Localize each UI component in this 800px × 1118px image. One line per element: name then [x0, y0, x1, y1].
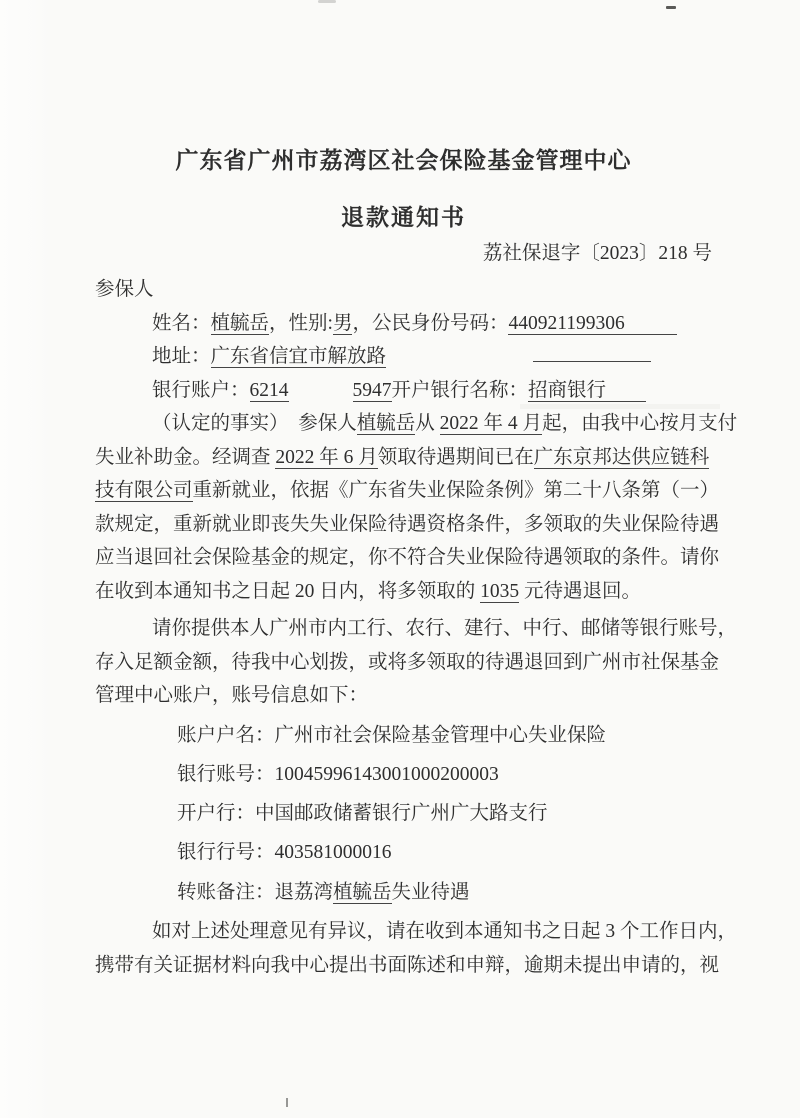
- text-line: 转账备注：退荔湾植毓岳失业待遇: [95, 876, 712, 910]
- text-segment: 领取待遇期间已在: [378, 447, 534, 468]
- text-line: 应当退回社会保险基金的规定，你不符合失业保险待遇领取的条件。请你: [95, 541, 712, 575]
- text-segment: 起，由我中心按月支付: [542, 413, 737, 434]
- underlined-text: 2022 年 4 月: [440, 413, 542, 435]
- text-segment: 失业待遇: [392, 882, 470, 903]
- name-value: 植毓岳: [211, 313, 270, 335]
- underlined-text: 2022 年 6 月: [275, 447, 377, 469]
- text-line: 银行账号：10045996143001000200003: [95, 758, 712, 792]
- text-line: 在收到本通知书之日起 20 日内，将多领取的 1035 元待遇退回。: [95, 575, 712, 609]
- text-line: 如对上述处理意见有异议，请在收到本通知书之日起 3 个工作日内，: [95, 915, 712, 949]
- document-number: 荔社保退字〔2023〕218 号: [95, 241, 712, 267]
- text-segment: 开户行：中国邮政储蓄银行广州广大路支行: [177, 803, 548, 824]
- text-segment: 银行账号：10045996143001000200003: [177, 764, 499, 785]
- text-line: 存入足额金额，待我中心划拨，或将多领取的待遇退回到广州市社保基金: [95, 646, 712, 680]
- text-line: 款规定，重新就业即丧失失业保险待遇资格条件，多领取的失业保险待遇: [95, 508, 712, 542]
- text-segment: 账户户名：广州市社会保险基金管理中心失业保险: [177, 725, 606, 746]
- text-segment: 如对上述处理意见有异议，请在收到本通知书之日起 3 个工作日内，: [152, 921, 737, 942]
- scan-artifact-top-dash: [666, 6, 676, 9]
- underlined-text: 广东京邦达供应链科: [534, 447, 710, 469]
- text-segment: 在收到本通知书之日起 20 日内，将多领取的: [95, 581, 480, 602]
- document-title: 广东省广州市荔湾区社会保险基金管理中心: [95, 146, 712, 176]
- underlined-text: 1035: [480, 581, 519, 603]
- address-redacted-gap: [386, 360, 533, 362]
- text-segment: 款规定，重新就业即丧失失业保险待遇资格条件，多领取的失业保险待遇: [95, 514, 719, 535]
- text-line: 银行行号：403581000016: [95, 836, 712, 870]
- text-line: 请你提供本人广州市内工行、农行、建行、中行、邮储等银行账号，: [95, 612, 712, 646]
- scan-artifact-bottom-dash: [286, 1098, 288, 1107]
- text-segment: 重新就业，依据《广东省失业保险条例》第二十八条第（一）: [193, 480, 720, 501]
- text-line: 账户户名：广州市社会保险基金管理中心失业保险: [95, 719, 712, 753]
- text-segment: 管理中心账户，账号信息如下：: [95, 685, 368, 706]
- gender-value: 男: [333, 313, 353, 335]
- paragraph-objection-notice: 如对上述处理意见有异议，请在收到本通知书之日起 3 个工作日内，携带有关证据材料…: [95, 915, 712, 983]
- bank-account-prefix: 6214: [250, 380, 289, 402]
- text-segment: （认定的事实） 参保人: [152, 413, 357, 434]
- scan-artifact-top-specks: [318, 0, 336, 3]
- text-segment: 失业补助金。经调查: [95, 447, 275, 468]
- paragraph-repayment-instructions: 请你提供本人广州市内工行、农行、建行、中行、邮储等银行账号，存入足额金额，待我中…: [95, 612, 712, 713]
- text-line: 失业补助金。经调查 2022 年 6 月领取待遇期间已在广东京邦达供应链科: [95, 441, 712, 475]
- account-info-block: 账户户名：广州市社会保险基金管理中心失业保险银行账号：1004599614300…: [95, 719, 712, 910]
- bank-name-trailing-blank: [606, 394, 646, 396]
- text-segment: 存入足额金额，待我中心划拨，或将多领取的待遇退回到广州市社保基金: [95, 652, 719, 673]
- text-line: 开户行：中国邮政储蓄银行广州广大路支行: [95, 797, 712, 831]
- text-line: （认定的事实） 参保人植毓岳从 2022 年 4 月起，由我中心按月支付: [95, 407, 712, 441]
- address-field: 地址：广东省信宜市解放路: [95, 340, 712, 374]
- address-trailing-underline: [533, 342, 651, 363]
- text-segment: 元待遇退回。: [519, 581, 641, 602]
- text-segment: 从: [415, 413, 439, 434]
- text-segment: 应当退回社会保险基金的规定，你不符合失业保险待遇领取的条件。请你: [95, 547, 719, 568]
- bank-account-redacted-gap: [289, 394, 353, 396]
- document-subtitle: 退款通知书: [95, 203, 712, 233]
- underlined-text: 植毓岳: [333, 882, 392, 904]
- text-line: 携带有关证据材料向我中心提出书面陈述和申辩，逾期未提出申请的，视: [95, 949, 712, 983]
- bank-account-suffix: 5947: [353, 380, 392, 402]
- bank-account-field: 银行账户：62145947开户银行名称：招商银行: [95, 374, 712, 408]
- bank-name-label: 开户银行名称：: [392, 380, 529, 401]
- id-value: 440921199306: [508, 313, 676, 335]
- address-value: 广东省信宜市解放路: [211, 346, 387, 368]
- text-segment: 携带有关证据材料向我中心提出书面陈述和申辩，逾期未提出申请的，视: [95, 955, 719, 976]
- underlined-text: 技有限公司: [95, 480, 193, 502]
- name-label: 姓名：: [152, 313, 211, 334]
- id-redacted-blank: [625, 327, 677, 329]
- bank-name-text: 招商银行: [528, 380, 606, 401]
- scanned-document-page: 广东省广州市荔湾区社会保险基金管理中心 退款通知书 荔社保退字〔2023〕218…: [0, 0, 800, 1118]
- insured-section-label: 参保人: [95, 273, 712, 307]
- underlined-text: 植毓岳: [357, 413, 416, 435]
- name-field: 姓名：植毓岳，性别:男，公民身份号码：440921199306: [95, 307, 712, 341]
- text-line: 技有限公司重新就业，依据《广东省失业保险条例》第二十八条第（一）: [95, 474, 712, 508]
- bank-name-value: 招商银行: [528, 380, 646, 402]
- text-segment: 请你提供本人广州市内工行、农行、建行、中行、邮储等银行账号，: [152, 618, 737, 639]
- text-line: 管理中心账户，账号信息如下：: [95, 679, 712, 713]
- id-number-text: 440921199306: [508, 313, 624, 334]
- text-segment: 转账备注：退荔湾: [177, 882, 333, 903]
- paragraph-facts: （认定的事实） 参保人植毓岳从 2022 年 4 月起，由我中心按月支付失业补助…: [95, 407, 712, 608]
- document-content: 广东省广州市荔湾区社会保险基金管理中心 退款通知书 荔社保退字〔2023〕218…: [0, 0, 800, 983]
- scan-artifact-smudge: [520, 404, 720, 409]
- gender-label: ，性别:: [269, 313, 333, 334]
- id-label: ，公民身份号码：: [352, 313, 508, 334]
- address-label: 地址：: [152, 346, 211, 367]
- bank-account-label: 银行账户：: [152, 380, 250, 401]
- text-segment: 银行行号：403581000016: [177, 842, 392, 863]
